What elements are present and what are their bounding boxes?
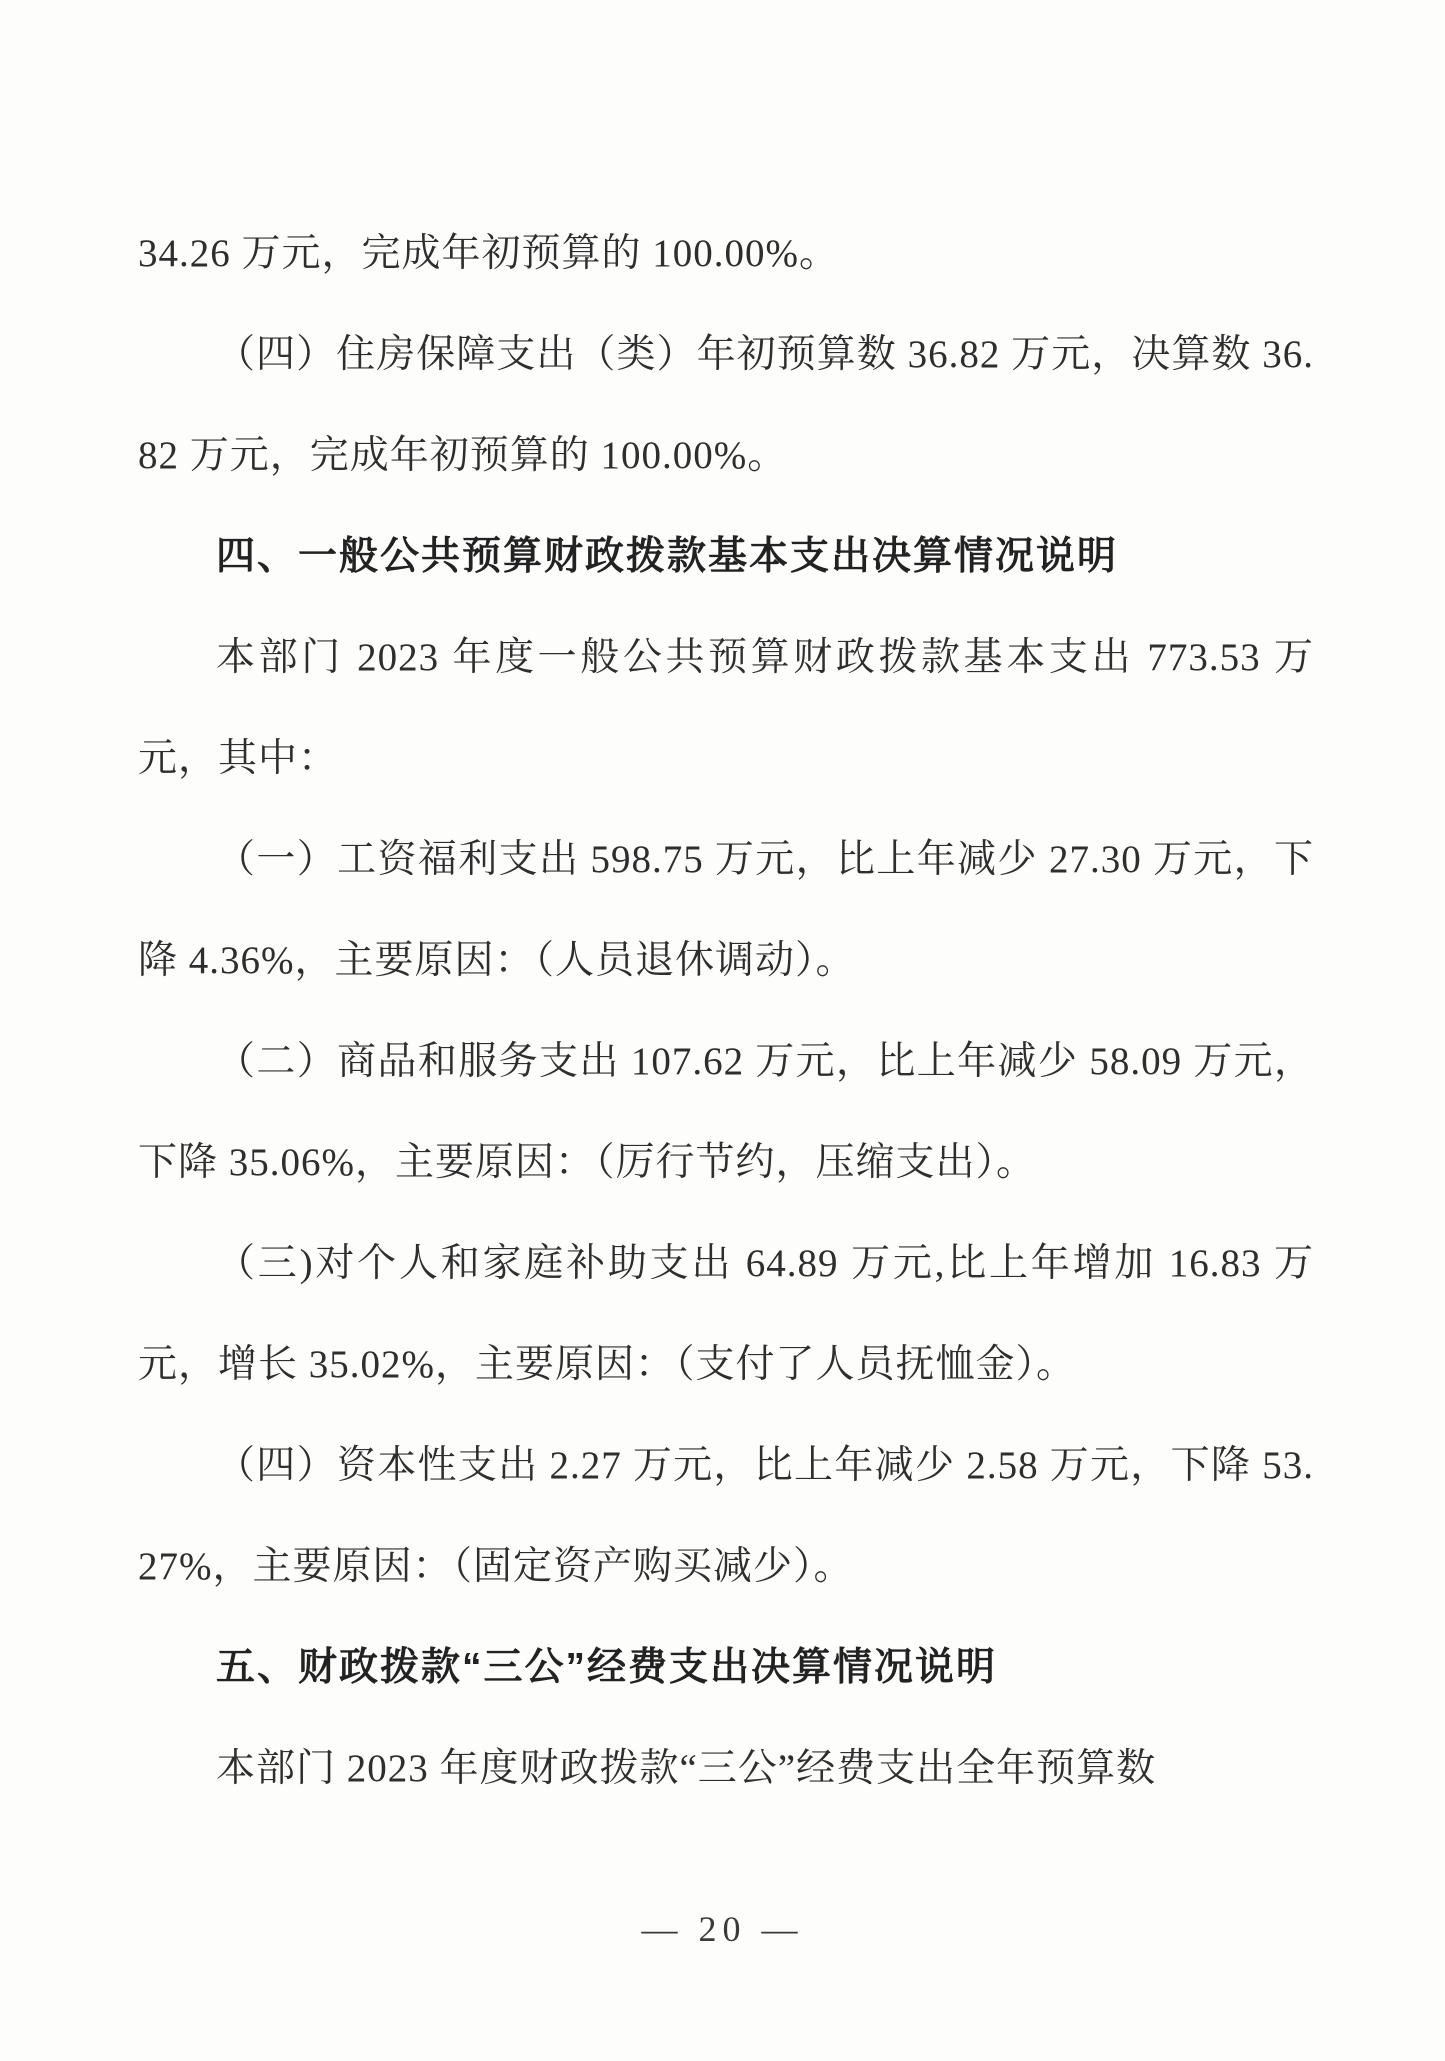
paragraph-salary-welfare: （一）工资福利支出 598.75 万元，比上年减少 27.30 万元，下降 4.…	[138, 809, 1314, 1011]
paragraph-goods-services: （二）商品和服务支出 107.62 万元，比上年减少 58.09 万元，下降 3…	[138, 1011, 1314, 1213]
paragraph-individual-family-subsidy: （三)对个人和家庭补助支出 64.89 万元,比上年增加 16.83 万元，增长…	[138, 1213, 1314, 1415]
page-number: — 20 —	[0, 1908, 1445, 1950]
section-heading-four: 四、一般公共预算财政拨款基本支出决算情况说明	[138, 506, 1314, 607]
document-content: 34.26 万元，完成年初预算的 100.00%。 （四）住房保障支出（类）年初…	[138, 203, 1314, 1819]
paragraph-basic-expenditure-total: 本部门 2023 年度一般公共预算财政拨款基本支出 773.53 万元，其中：	[138, 607, 1314, 809]
paragraph-housing-support: （四）住房保障支出（类）年初预算数 36.82 万元，决算数 36.82 万元，…	[138, 304, 1314, 506]
document-page: 34.26 万元，完成年初预算的 100.00%。 （四）住房保障支出（类）年初…	[0, 0, 1445, 2061]
paragraph-budget-completion-continuation: 34.26 万元，完成年初预算的 100.00%。	[138, 203, 1314, 304]
paragraph-three-public-funds: 本部门 2023 年度财政拨款“三公”经费支出全年预算数	[138, 1718, 1314, 1819]
section-heading-five: 五、财政拨款“三公”经费支出决算情况说明	[138, 1617, 1314, 1718]
paragraph-capital-expenditure: （四）资本性支出 2.27 万元，比上年减少 2.58 万元，下降 53.27%…	[138, 1415, 1314, 1617]
